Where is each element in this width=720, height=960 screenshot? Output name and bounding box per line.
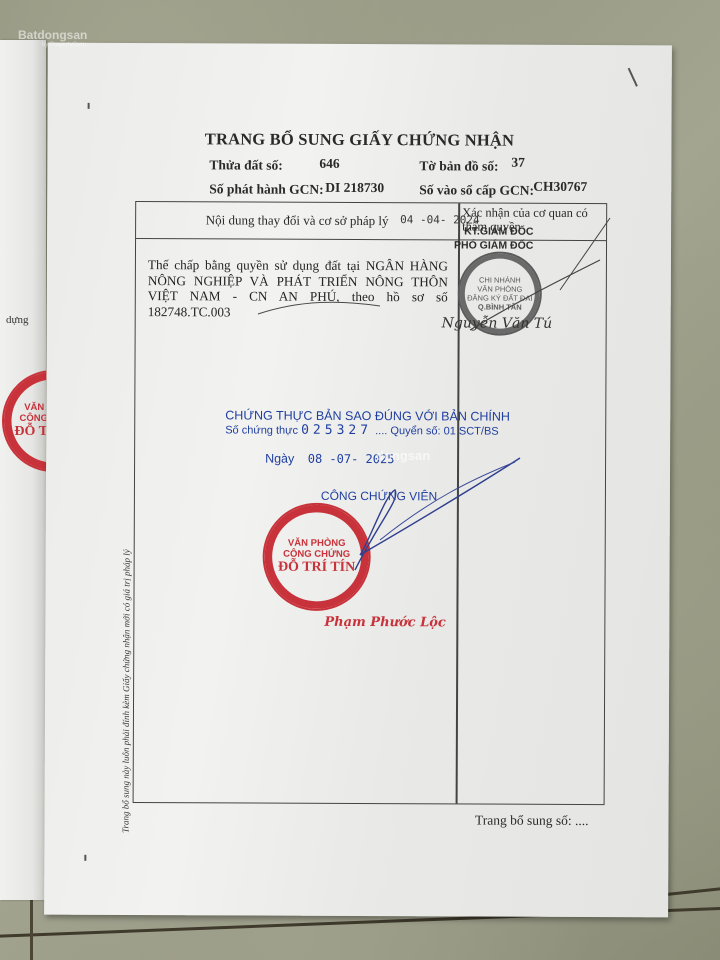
supplement-page-number: Trang bổ sung số: .... — [475, 813, 589, 829]
watermark-logo: Batdongsan by PropertyGuru — [18, 26, 87, 48]
map-sheet-value: 37 — [511, 155, 525, 171]
entry-text: Thế chấp bằng quyền sử dụng đất tại NGÂN… — [148, 257, 448, 320]
staple-mark — [628, 68, 638, 87]
map-sheet-label: Tờ bản đồ số: — [419, 158, 498, 174]
certificate-number-line: Số chứng thực 025327 .... Quyển số: 01 S… — [225, 422, 510, 438]
change-record-table: Nội dung thay đổi và cơ sở pháp lý 04 -0… — [133, 201, 608, 805]
corner-mark — [84, 855, 86, 861]
left-page-text-fragment: dựng — [6, 314, 28, 326]
approval-title: KT.GIÁM ĐỐC — [464, 225, 533, 237]
notary-name: Phạm Phước Lộc — [324, 615, 446, 631]
corner-mark — [88, 103, 90, 109]
parcel-label: Thửa đất số: — [209, 157, 282, 173]
side-note: Trang bổ sung này luôn phải đính kèm Giấ… — [120, 549, 131, 833]
document-sheet: TRANG BỔ SUNG GIẤY CHỨNG NHẬN Thửa đất s… — [44, 43, 672, 918]
notarization-block: CHỨNG THỰC BẢN SAO ĐÚNG VỚI BẢN CHÍNH Số… — [225, 408, 510, 466]
table-header: Nội dung thay đổi và cơ sở pháp lý 04 -0… — [136, 202, 606, 241]
notary-label: CÔNG CHỨNG VIÊN — [321, 489, 437, 504]
issue-no-value: DI 218730 — [325, 180, 384, 196]
notarization-heading: CHỨNG THỰC BẢN SAO ĐÚNG VỚI BẢN CHÍNH — [225, 408, 510, 423]
approval-subtitle: PHÓ GIÁM ĐỐC — [454, 239, 533, 251]
issue-no-label: Số phát hành GCN: — [209, 181, 323, 197]
book-number: Quyển số: 01 SCT/BS — [390, 425, 498, 437]
register-no-label: Số vào sổ cấp GCN: — [419, 182, 534, 199]
register-no-value: CH30767 — [533, 179, 587, 195]
notary-seal: VĂN PHÒNG CÔNG CHỨNG ĐỖ TRÍ TÍN — [262, 503, 370, 611]
parcel-value: 646 — [319, 156, 339, 172]
watermark-center: dongsan — [376, 448, 430, 463]
tile-grout-line — [30, 895, 33, 960]
approver-signature: Nguyễn Văn Tú — [442, 315, 553, 331]
document-title: TRANG BỔ SUNG GIẤY CHỨNG NHẬN — [47, 129, 671, 152]
certificate-number: 025327 — [301, 423, 372, 438]
